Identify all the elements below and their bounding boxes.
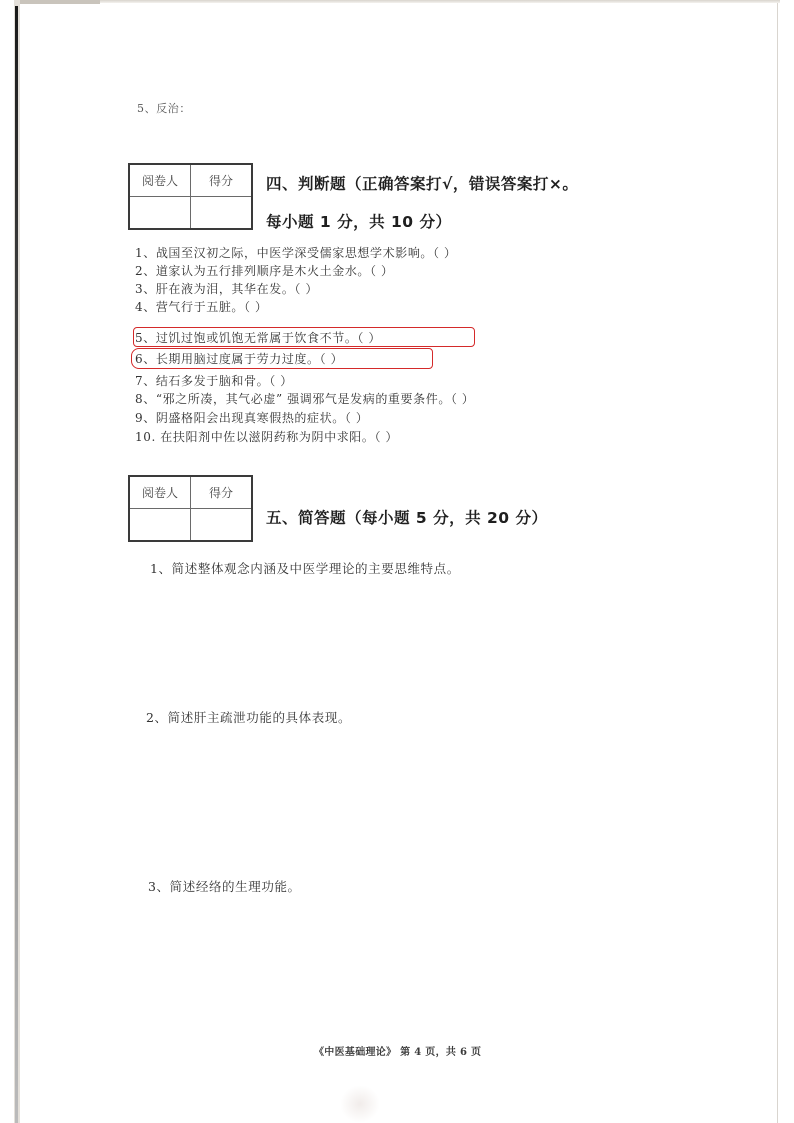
scan-right-edge [777, 3, 778, 1123]
question-item: 3、肝在液为泪，其华在发。（ ） [135, 280, 318, 297]
question-item-highlighted: 6、长期用脑过度属于劳力过度。（ ） [135, 350, 343, 367]
scan-top-shadow [100, 0, 780, 3]
grader-cell[interactable] [129, 509, 191, 542]
grader-score-table: 阅卷人 得分 [128, 475, 253, 542]
page-footer: 《中医基础理论》 第 4 页，共 6 页 [314, 1043, 481, 1058]
score-cell[interactable] [191, 197, 253, 230]
question-item: 10. 在扶阳剂中佐以滋阴药称为阴中求阳。（ ） [135, 428, 398, 445]
section-title-cont: 每小题 1 分，共 10 分） [266, 210, 451, 232]
question-item: 8、“邪之所凑，其气必虚” 强调邪气是发病的重要条件。（ ） [135, 390, 475, 407]
question-item: 9、阴盛格阳会出现真寒假热的症状。（ ） [135, 409, 368, 426]
short-answer-question: 2、简述肝主疏泄功能的具体表现。 [146, 708, 351, 726]
short-answer-question: 1、简述整体观念内涵及中医学理论的主要思维特点。 [150, 559, 460, 577]
section-title: 五、简答题（每小题 5 分，共 20 分） [266, 506, 547, 528]
question-item-highlighted: 5、过饥过饱或饥饱无常属于饮食不节。（ ） [135, 329, 381, 346]
scan-left-edge [15, 6, 18, 1123]
grader-score-table: 阅卷人 得分 [128, 163, 253, 230]
short-answer-question: 3、简述经络的生理功能。 [148, 877, 301, 895]
score-cell[interactable] [191, 509, 253, 542]
grader-cell[interactable] [129, 197, 191, 230]
question-item: 1、战国至汉初之际，中医学深受儒家思想学术影响。（ ） [135, 244, 457, 261]
scan-top-edge [14, 0, 100, 4]
question-item: 4、营气行于五脏。（ ） [135, 298, 268, 315]
question-item: 7、结石多发于脑和骨。（ ） [135, 372, 293, 389]
question-item: 2、道家认为五行排列顺序是木火土金水。（ ） [135, 262, 394, 279]
scan-smudge [340, 1085, 380, 1123]
section-title: 四、判断题（正确答案打√，错误答案打×。 [266, 172, 578, 194]
score-header: 得分 [191, 164, 253, 197]
score-header: 得分 [191, 476, 253, 509]
grader-header: 阅卷人 [129, 476, 191, 509]
prev-question-item: 5、反治： [137, 100, 191, 116]
grader-header: 阅卷人 [129, 164, 191, 197]
